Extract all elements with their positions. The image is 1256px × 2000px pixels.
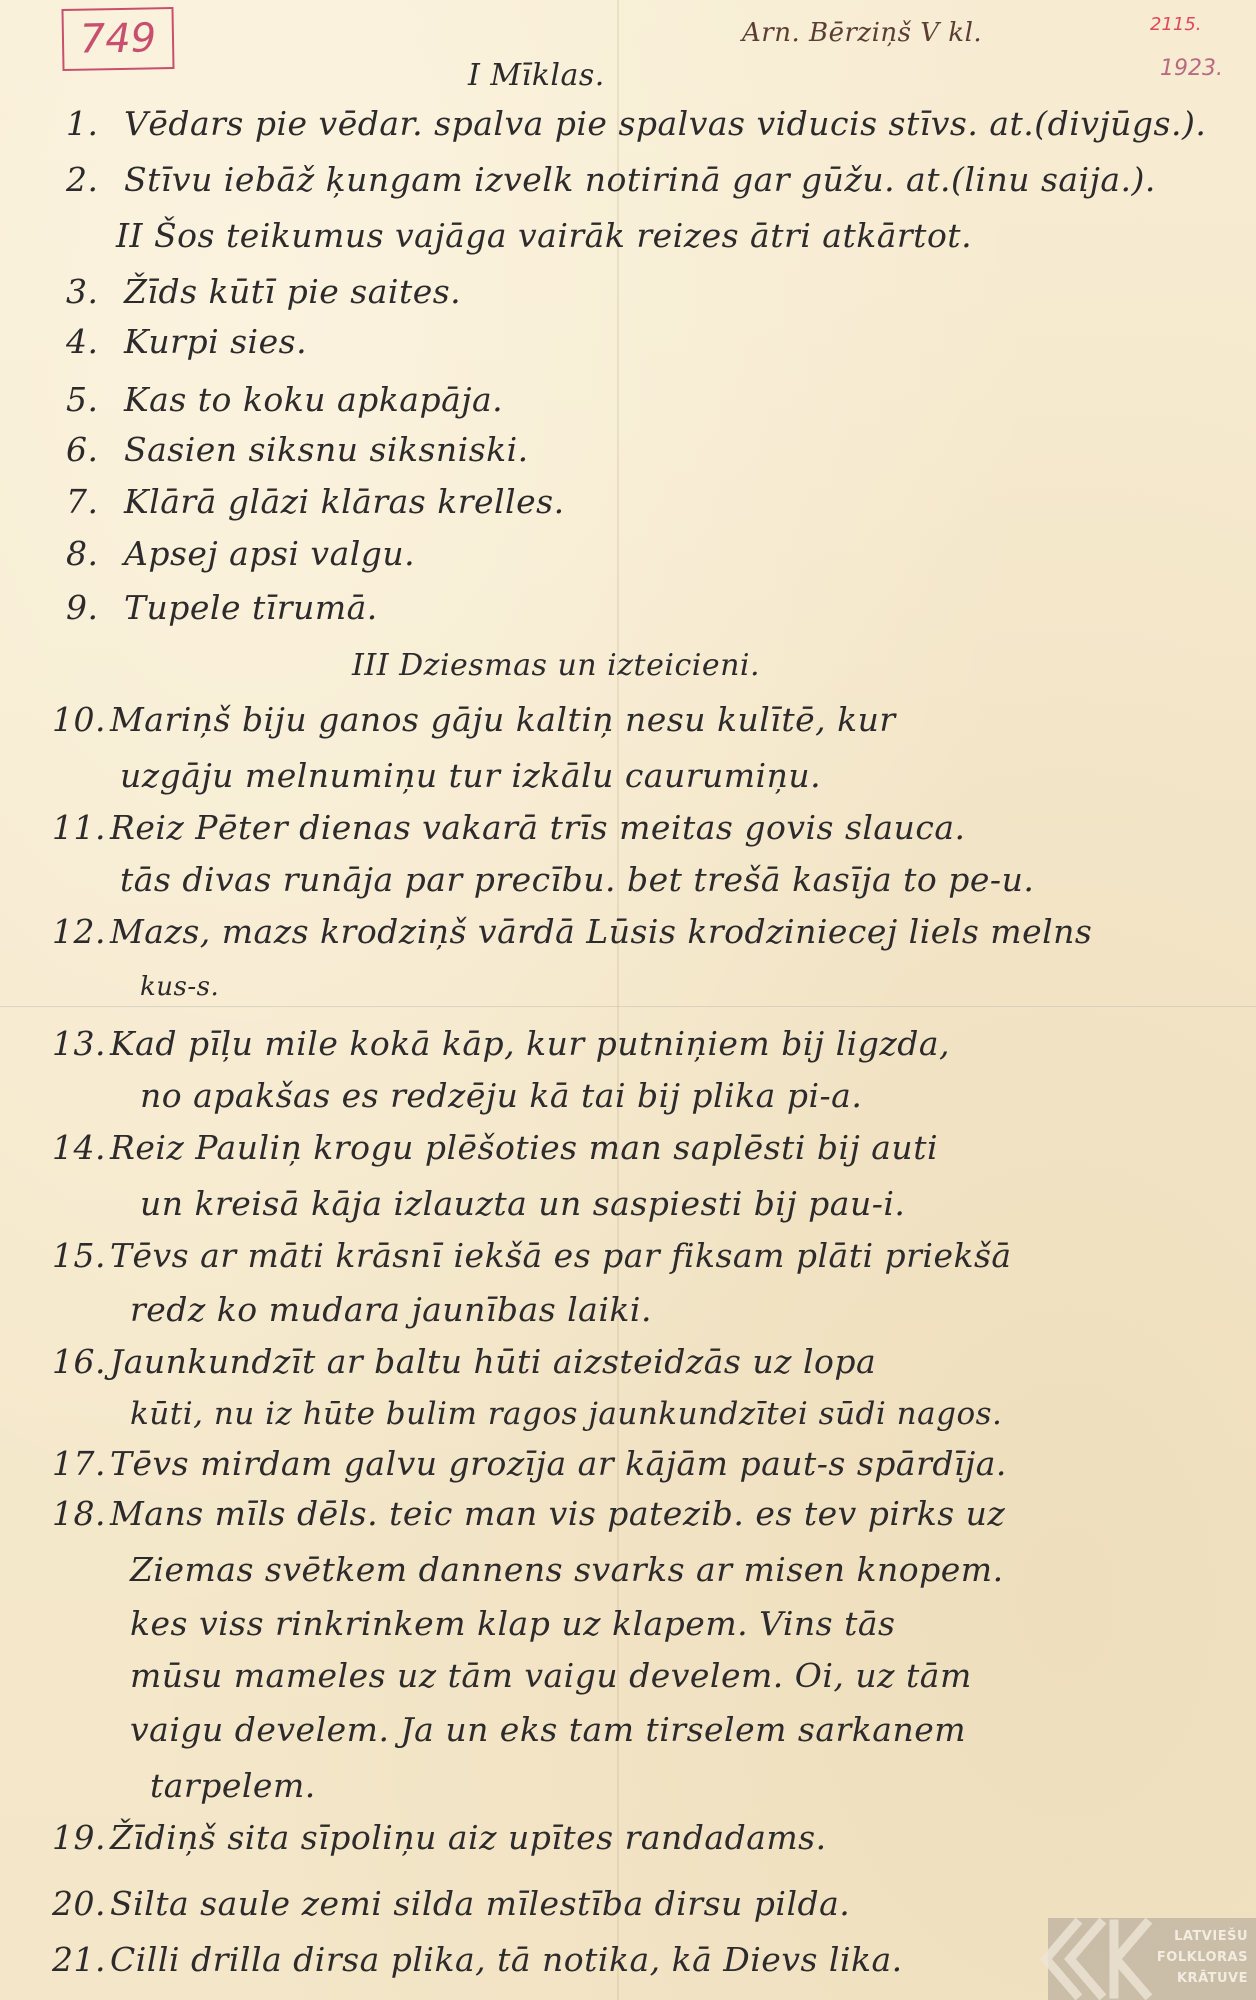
song-item: 20.Silta saule zemi silda mīlestība dirs… (52, 1884, 850, 1923)
item-number: 18. (52, 1494, 110, 1533)
item-number: 7. (66, 482, 124, 521)
item-number: 12. (52, 912, 110, 951)
song-item: 18.Mans mīls dēls. teic man vis patezib.… (52, 1494, 1005, 1533)
catalog-number: 2115. (1150, 14, 1202, 35)
item-text: Cilli drilla dirsa plika, tā notika, kā … (110, 1940, 903, 1979)
song-continuation: Ziemas svētkem dannens svarks ar misen k… (130, 1550, 1004, 1589)
song-item: 19.Žīdiņš sita sīpoliņu aiz upītes randa… (52, 1818, 827, 1857)
item-number: 6. (66, 430, 124, 469)
song-item: 14.Reiz Pauliņ krogu plēšoties man saplē… (52, 1128, 938, 1167)
section-note-tongue-twisters: II Šos teikumus vajāga vairāk reizes ātr… (116, 216, 972, 255)
song-item: 15.Tēvs ar māti krāsnī iekšā es par fiks… (52, 1236, 1012, 1275)
item-text: Reiz Pauliņ krogu plēšoties man saplēsti… (110, 1128, 938, 1167)
item-text: Reiz Pēter dienas vakarā trīs meitas gov… (110, 808, 966, 847)
song-item: 16.Jaunkundzīt ar baltu hūti aizsteidzās… (52, 1342, 876, 1381)
item-text: Mans mīls dēls. teic man vis patezib. es… (110, 1494, 1005, 1533)
tongue-twister-item: 9.Tupele tīrumā. (66, 588, 378, 627)
tongue-twister-item: 8.Apsej apsi valgu. (66, 534, 415, 573)
chevron-k-logo-icon (1018, 1918, 1158, 2000)
item-number: 10. (52, 700, 110, 739)
item-text: Mariņš biju ganos gāju kaltiņ nesu kulīt… (110, 700, 896, 739)
song-continuation: redz ko mudara jaunības laiki. (130, 1290, 652, 1329)
item-number: 17. (52, 1444, 110, 1483)
item-text: Kas to koku apkapāja. (124, 380, 503, 419)
latviesu-folkloras-kratuve-logo: LATVIEŠU FOLKLORAS KRĀTUVE (1048, 1918, 1256, 2000)
archive-number-stamp: 749 (61, 7, 174, 71)
logo-line-1: LATVIEŠU (1148, 1926, 1248, 1947)
item-number: 4. (66, 322, 124, 361)
tongue-twister-item: 5.Kas to koku apkapāja. (66, 380, 503, 419)
item-text: Mazs, mazs krodziņš vārdā Lūsis krodzini… (110, 912, 1092, 951)
horizontal-fold-line (0, 1006, 1256, 1008)
logo-line-3: KRĀTUVE (1148, 1968, 1248, 1989)
item-number: 1. (66, 104, 124, 143)
item-number: 9. (66, 588, 124, 627)
item-number: 5. (66, 380, 124, 419)
item-text: Vēdars pie vēdar. spalva pie spalvas vid… (124, 104, 1206, 143)
archive-number: 749 (79, 15, 156, 62)
item-number: 11. (52, 808, 110, 847)
song-item: 10.Mariņš biju ganos gāju kaltiņ nesu ku… (52, 700, 896, 739)
item-number: 3. (66, 272, 124, 311)
item-text: Tēvs ar māti krāsnī iekšā es par fiksam … (110, 1236, 1012, 1275)
song-continuation: kes viss rinkrinkem klap uz klapem. Vins… (130, 1604, 895, 1643)
item-text: Žīds kūtī pie saites. (124, 272, 461, 311)
song-continuation: kus-s. (140, 972, 219, 1002)
item-number: 15. (52, 1236, 110, 1275)
tongue-twister-item: 7.Klārā glāzi klāras krelles. (66, 482, 565, 521)
song-continuation: vaigu develem. Ja un eks tam tirselem sa… (130, 1710, 966, 1749)
riddle-item: 2.Stīvu iebāž ķungam izvelk notirinā gar… (66, 160, 1156, 199)
item-text: Jaunkundzīt ar baltu hūti aizsteidzās uz… (110, 1342, 876, 1381)
section-heading-riddles: I Mīklas. (468, 58, 605, 93)
song-item: 21.Cilli drilla dirsa plika, tā notika, … (52, 1940, 903, 1979)
tongue-twister-item: 3.Žīds kūtī pie saites. (66, 272, 461, 311)
item-text: Klārā glāzi klāras krelles. (124, 482, 565, 521)
song-item: 12.Mazs, mazs krodziņš vārdā Lūsis krodz… (52, 912, 1092, 951)
item-text: Kad pīļu mile kokā kāp, kur putniņiem bi… (110, 1024, 950, 1063)
song-continuation: un kreisā kāja izlauzta un saspiesti bij… (140, 1184, 905, 1223)
song-continuation: uzgāju melnumiņu tur izkālu caurumiņu. (120, 756, 821, 795)
item-number: 14. (52, 1128, 110, 1167)
item-number: 2. (66, 160, 124, 199)
section-heading-songs: III Dziesmas un izteicieni. (352, 648, 760, 683)
item-text: Kurpi sies. (124, 322, 307, 361)
song-continuation: kūti, nu iz hūte bulim ragos jaunkundzīt… (130, 1396, 1002, 1432)
item-number: 19. (52, 1818, 110, 1857)
tongue-twister-item: 6.Sasien siksnu siksniski. (66, 430, 529, 469)
song-continuation: mūsu mameles uz tām vaigu develem. Oi, u… (130, 1656, 972, 1695)
vertical-fold-line (617, 0, 619, 2000)
song-continuation: tarpelem. (150, 1766, 316, 1805)
item-text: Tupele tīrumā. (124, 588, 378, 627)
riddle-item: 1.Vēdars pie vēdar. spalva pie spalvas v… (66, 104, 1206, 143)
song-continuation: tās divas runāja par precību. bet trešā … (120, 860, 1034, 899)
item-number: 21. (52, 1940, 110, 1979)
item-text: Sasien siksnu siksniski. (124, 430, 529, 469)
song-continuation: no apakšas es redzēju kā tai bij plika p… (140, 1076, 862, 1115)
author-note: Arn. Bērziņš V kl. (742, 18, 982, 48)
year-note: 1923. (1160, 56, 1223, 81)
song-item: 11.Reiz Pēter dienas vakarā trīs meitas … (52, 808, 966, 847)
item-text: Silta saule zemi silda mīlestība dirsu p… (110, 1884, 850, 1923)
song-item: 17.Tēvs mirdam galvu grozīja ar kājām pa… (52, 1444, 1007, 1483)
logo-line-2: FOLKLORAS (1148, 1947, 1248, 1968)
item-text: Stīvu iebāž ķungam izvelk notirinā gar g… (124, 160, 1156, 199)
item-number: 13. (52, 1024, 110, 1063)
item-number: 16. (52, 1342, 110, 1381)
item-text: Apsej apsi valgu. (124, 534, 415, 573)
item-number: 8. (66, 534, 124, 573)
item-text: Žīdiņš sita sīpoliņu aiz upītes randadam… (110, 1818, 827, 1857)
song-item: 13.Kad pīļu mile kokā kāp, kur putniņiem… (52, 1024, 950, 1063)
item-text: Tēvs mirdam galvu grozīja ar kājām paut-… (110, 1444, 1007, 1483)
tongue-twister-item: 4.Kurpi sies. (66, 322, 307, 361)
item-number: 20. (52, 1884, 110, 1923)
